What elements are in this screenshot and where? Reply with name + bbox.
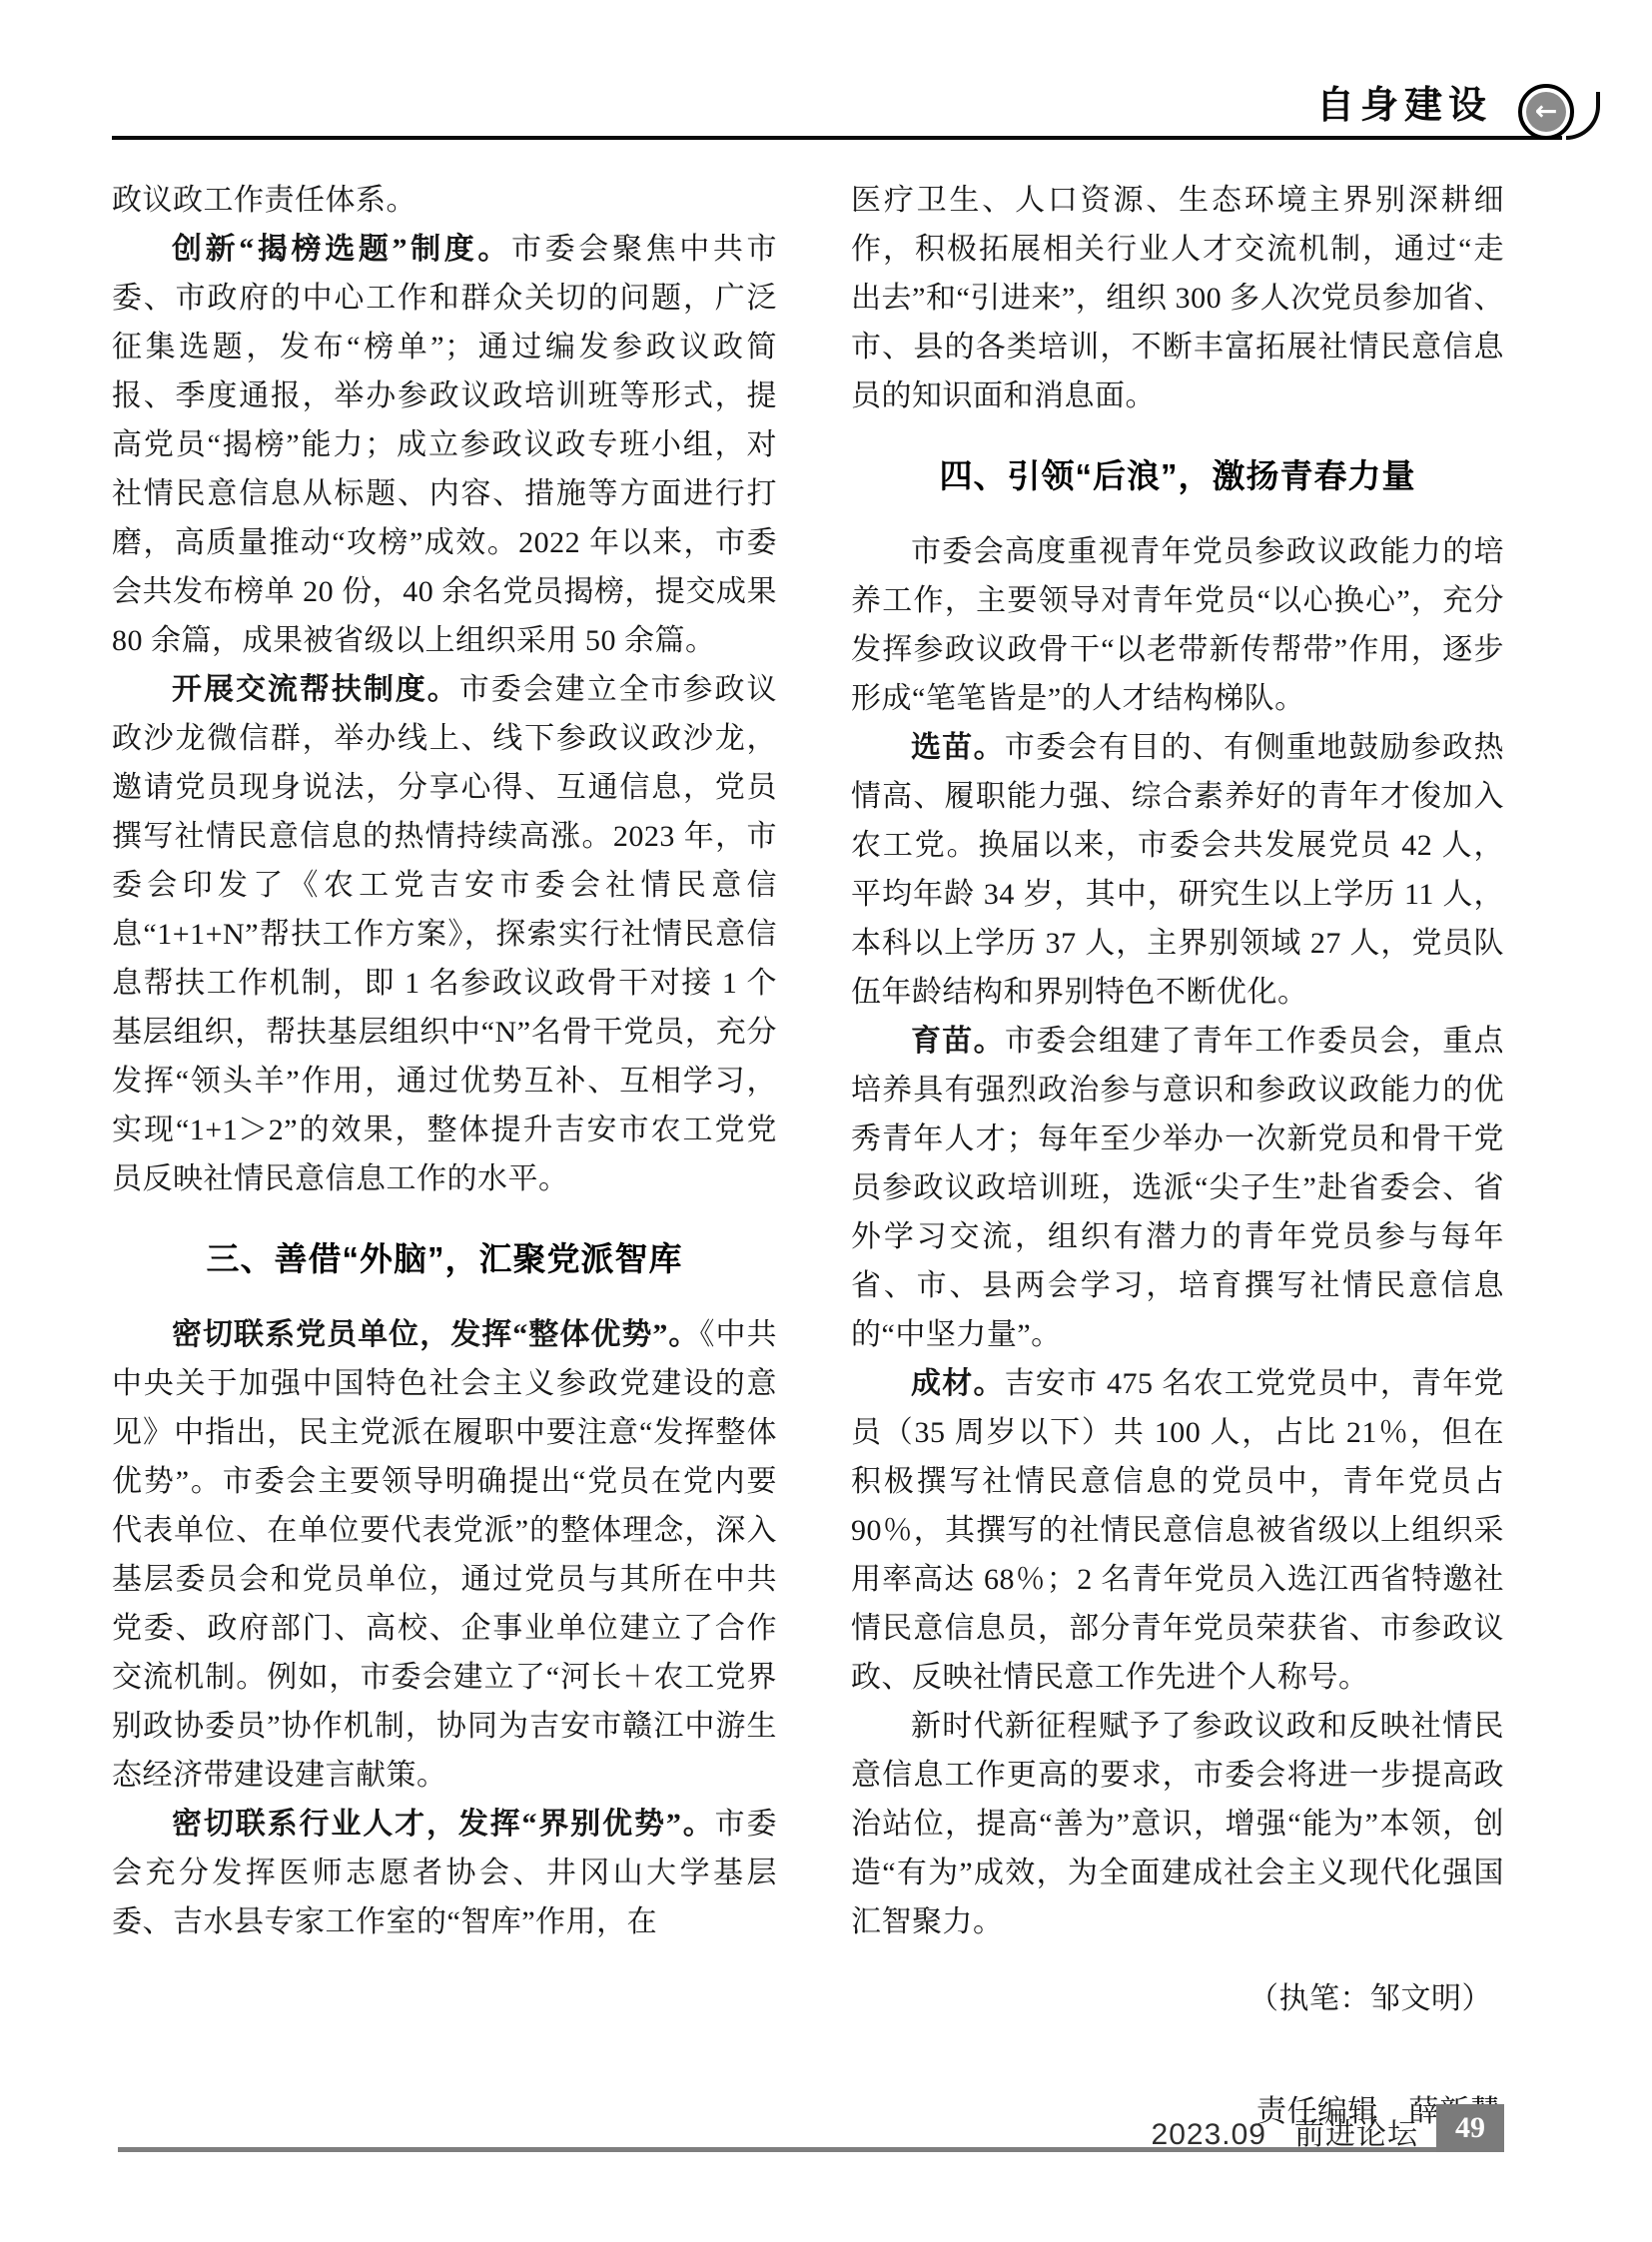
paragraph-lead: 成材。 <box>911 1367 1005 1400</box>
footer-journal-title: 前进论坛 <box>1294 2118 1418 2151</box>
paragraph-lead: 密切联系党员单位，发挥“整体优势”。 <box>172 1318 699 1351</box>
paragraph-lead: 育苗。 <box>911 1025 1005 1058</box>
paragraph: 市委会高度重视青年党员参政议政能力的培养工作，主要领导对青年党员“以心换心”，充… <box>851 527 1504 723</box>
paragraph-continuation: 医疗卫生、人口资源、生态环境主界别深耕细作，积极拓展相关行业人才交流机制，通过“… <box>851 176 1504 420</box>
paragraph: 育苗。市委会组建了青年工作委员会，重点培养具有强烈政治参与意识和参政议政能力的优… <box>851 1017 1504 1359</box>
paragraph-lead: 开展交流帮扶制度。 <box>172 673 459 706</box>
left-column: 政议政工作责任体系。 创新“揭榜选题”制度。市委会聚焦中共市委、市政府的中心工作… <box>112 176 777 1946</box>
arrow-left-circle-icon: ← <box>1518 84 1574 140</box>
author-byline: （执笔：邹文明） <box>851 1974 1504 2023</box>
paragraph: 创新“揭榜选题”制度。市委会聚焦中共市委、市政府的中心工作和群众关切的问题，广泛… <box>112 225 777 665</box>
paragraph-text: 政议政工作责任体系。 <box>112 184 416 217</box>
paragraph-text: 市委会聚焦中共市委、市政府的中心工作和群众关切的问题，广泛征集选题，发布“榜单”… <box>112 233 777 657</box>
section-heading-4: 四、引领“后浪”，激扬青春力量 <box>851 451 1504 500</box>
footer-issue: 2023.09 <box>1152 2118 1266 2151</box>
paragraph-text: 市委会有目的、有侧重地鼓励参政热情高、履职能力强、综合素养好的青年才俊加入农工党… <box>851 731 1504 1009</box>
paragraph-lead: 创新“揭榜选题”制度。 <box>172 233 511 266</box>
paragraph: 成材。吉安市 475 名农工党党员中，青年党员（35 周岁以下）共 100 人，… <box>851 1359 1504 1702</box>
paragraph-continuation: 政议政工作责任体系。 <box>112 176 777 225</box>
paragraph: 密切联系行业人才，发挥“界别优势”。市委会充分发挥医师志愿者协会、井冈山大学基层… <box>112 1800 777 1946</box>
paragraph-text: 市委会建立全市参政议政沙龙微信群，举办线上、线下参政议政沙龙，邀请党员现身说法，… <box>112 673 777 1195</box>
paragraph-text: 市委会组建了青年工作委员会，重点培养具有强烈政治参与意识和参政议政能力的优秀青年… <box>851 1025 1504 1351</box>
paragraph: 开展交流帮扶制度。市委会建立全市参政议政沙龙微信群，举办线上、线下参政议政沙龙，… <box>112 665 777 1203</box>
paragraph-text: 新时代新征程赋予了参政议政和反映社情民意信息工作更高的要求，市委会将进一步提高政… <box>851 1710 1504 1938</box>
header-rule <box>112 136 1562 140</box>
page-number-badge: 49 <box>1436 2104 1504 2152</box>
paragraph-text: 吉安市 475 名农工党党员中，青年党员（35 周岁以下）共 100 人，占比 … <box>851 1367 1504 1694</box>
paragraph: 选苗。市委会有目的、有侧重地鼓励参政热情高、履职能力强、综合素养好的青年才俊加入… <box>851 723 1504 1017</box>
section-heading-3: 三、善借“外脑”，汇聚党派智库 <box>112 1234 777 1283</box>
right-column: 医疗卫生、人口资源、生态环境主界别深耕细作，积极拓展相关行业人才交流机制，通过“… <box>851 176 1504 2136</box>
paragraph: 密切联系党员单位，发挥“整体优势”。《中共中央关于加强中国特色社会主义参政党建设… <box>112 1310 777 1800</box>
section-label: 自身建设 <box>1316 74 1492 129</box>
paragraph-text: 市委会高度重视青年党员参政议政能力的培养工作，主要领导对青年党员“以心换心”，充… <box>851 535 1504 715</box>
paragraph-lead: 密切联系行业人才，发挥“界别优势”。 <box>172 1808 715 1841</box>
paragraph-lead: 选苗。 <box>911 731 1005 764</box>
footer-issue-journal: 2023.09前进论坛 <box>1152 2109 1418 2153</box>
magazine-page: 自身建设 ← 政议政工作责任体系。 创新“揭榜选题”制度。市委会聚焦中共市委、市… <box>0 0 1652 2242</box>
arrow-left-icon-disc: ← <box>1526 92 1566 132</box>
arrow-left-glyph: ← <box>1535 96 1558 127</box>
paragraph: 新时代新征程赋予了参政议政和反映社情民意信息工作更高的要求，市委会将进一步提高政… <box>851 1702 1504 1946</box>
paragraph-text: 《中共中央关于加强中国特色社会主义参政党建设的意见》中指出，民主党派在履职中要注… <box>112 1318 777 1792</box>
paragraph-text: 医疗卫生、人口资源、生态环境主界别深耕细作，积极拓展相关行业人才交流机制，通过“… <box>851 184 1504 412</box>
